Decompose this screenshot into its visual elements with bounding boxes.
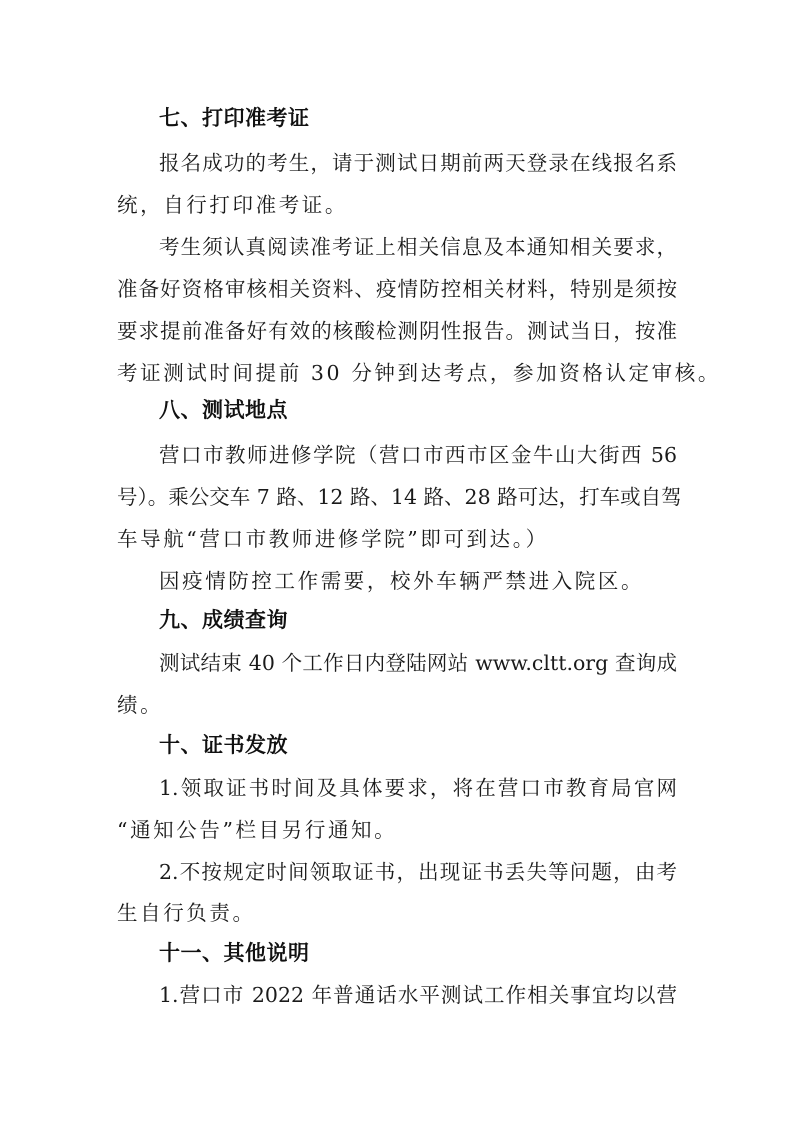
paragraph-line: 统，自行打印准考证。: [117, 191, 677, 219]
paragraph-line: 准备好资格审核相关资料、疫情防控相关材料，特别是须按: [117, 275, 677, 303]
section-heading-score-inquiry: 九、成绩查询: [159, 605, 288, 635]
paragraph-line: 报名成功的考生，请于测试日期前两天登录在线报名系: [159, 149, 677, 177]
paragraph-line: 1.领取证书时间及具体要求，将在营口市教育局官网: [159, 774, 677, 802]
paragraph-line: 2.不按规定时间领取证书，出现证书丢失等问题，由考: [159, 858, 677, 886]
paragraph-line: 营口市教师进修学院（营口市西市区金牛山大街西 56: [159, 441, 677, 469]
section-heading-print-admission-ticket: 七、打印准考证: [159, 103, 310, 133]
paragraph-line: 生自行负责。: [117, 899, 677, 927]
paragraph-line: 号）。乘公交车 7 路、12 路、14 路、28 路可达，打车或自驾: [117, 483, 677, 511]
paragraph-line: 测试结束 40 个工作日内登陆网站 www.cltt.org 查询成: [159, 649, 677, 677]
paragraph-line: “通知公告”栏目另行通知。: [117, 816, 677, 844]
paragraph-line: 绩。: [117, 691, 677, 719]
paragraph-line: 考证测试时间提前 30 分钟到达考点，参加资格认定审核。: [117, 359, 677, 387]
section-heading-test-location: 八、测试地点: [159, 395, 288, 425]
paragraph-line: 因疫情防控工作需要，校外车辆严禁进入院区。: [159, 567, 719, 595]
paragraph-line: 考生须认真阅读准考证上相关信息及本通知相关要求，: [159, 233, 677, 261]
paragraph-line: 车导航“营口市教师进修学院”即可到达。）: [117, 525, 677, 553]
document-page: 七、打印准考证 报名成功的考生，请于测试日期前两天登录在线报名系 统，自行打印准…: [0, 0, 793, 1122]
section-heading-certificate-issuance: 十、证书发放: [159, 730, 288, 760]
paragraph-line: 要求提前准备好有效的核酸检测阴性报告。测试当日，按准: [117, 317, 677, 345]
section-heading-other-notes: 十一、其他说明: [159, 938, 310, 968]
paragraph-line: 1.营口市 2022 年普通话水平测试工作相关事宜均以营: [159, 981, 677, 1009]
